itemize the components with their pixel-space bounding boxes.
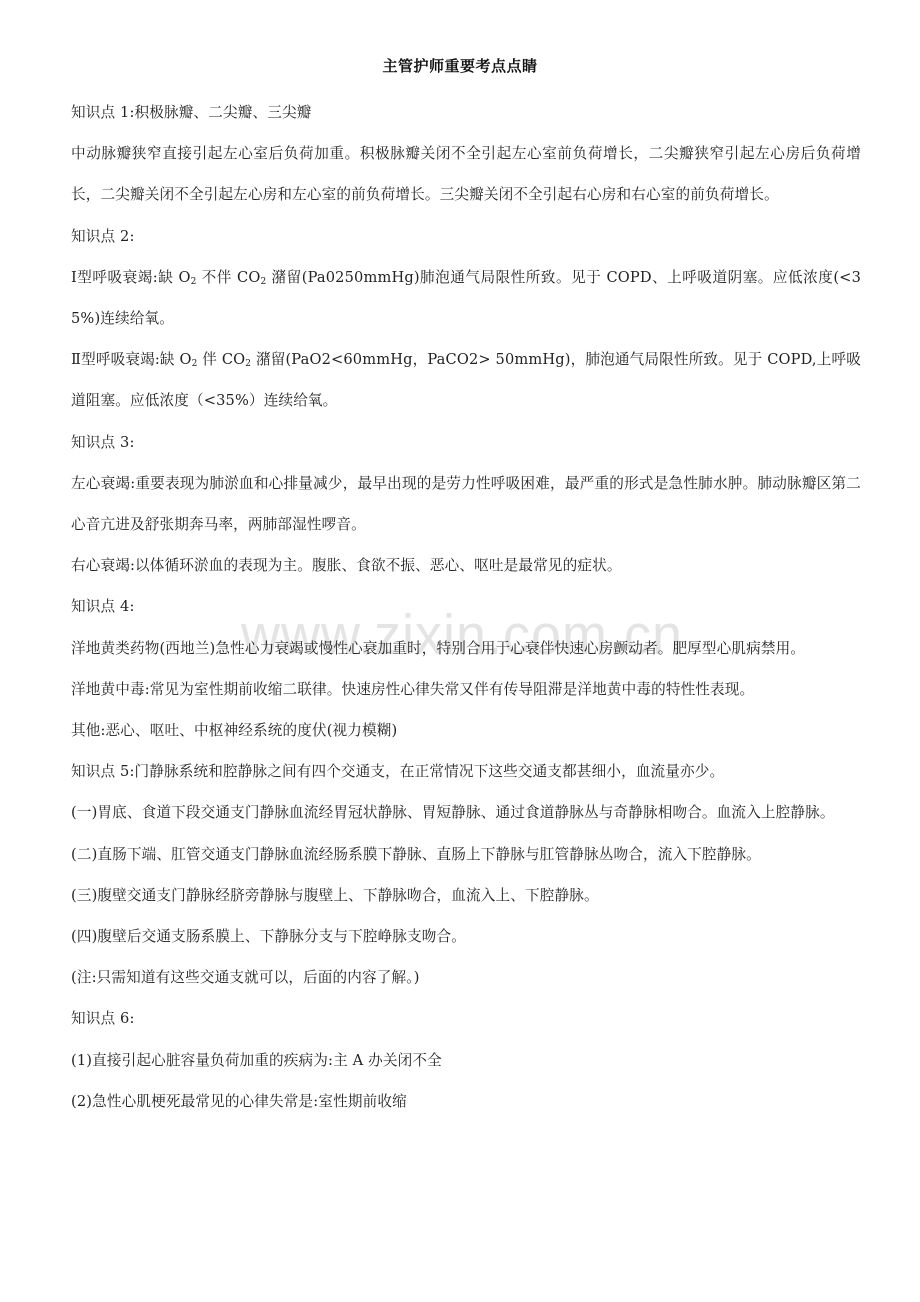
text-run: Ⅱ型呼吸衰竭:缺 O xyxy=(71,351,192,368)
section-4-paragraph-2: 洋地黄中毒:常见为室性期前收缩二联律。快速房性心律失常又伴有传导阻滞是洋地黄中毒… xyxy=(71,669,861,710)
section-2-paragraph-2: Ⅱ型呼吸衰竭:缺 O2 伴 CO2 潴留(PaO2<60mmHg，PaCO2> … xyxy=(71,339,861,421)
section-2-paragraph-1: Ⅰ型呼吸衰竭:缺 O2 不伴 CO2 潴留(Pa0250mmHg)肺泡通气局限性… xyxy=(71,257,861,339)
section-6-item-2: (2)急性心肌梗死最常见的心律失常是:室性期前收缩 xyxy=(71,1081,861,1122)
section-3-paragraph-1: 左心衰竭:重要表现为肺淤血和心排量减少，最早出现的是劳力性呼吸困难，最严重的形式… xyxy=(71,463,861,545)
section-5-note: (注:只需知道有这些交通支就可以，后面的内容了解。) xyxy=(71,957,861,998)
document-title: 主管护师重要考点点睛 xyxy=(0,54,920,78)
text-run: Ⅰ型呼吸衰竭:缺 O xyxy=(71,269,191,286)
text-run: 不伴 CO xyxy=(197,269,261,286)
section-4-paragraph-3: 其他:恶心、呕吐、中枢神经系统的度伏(视力模糊) xyxy=(71,710,861,751)
section-2-heading: 知识点 2: xyxy=(71,216,861,257)
section-5-heading: 知识点 5:门静脉系统和腔静脉之间有四个交通支，在正常情况下这些交通支都甚细小，… xyxy=(71,751,861,792)
section-3-paragraph-2: 右心衰竭:以体循环淤血的表现为主。腹胀、食欲不振、恶心、呕吐是最常见的症状。 xyxy=(71,545,861,586)
document-page: www.zixin.com.cn 主管护师重要考点点睛 知识点 1:积极脉瓣、二… xyxy=(0,0,920,1302)
section-5-paragraph-2: (二)直肠下端、肛管交通支门静脉血流经肠系膜下静脉、直肠上下静脉与肛管静脉丛吻合… xyxy=(71,834,861,875)
section-6-item-1: (1)直接引起心脏容量负荷加重的疾病为:主 A 办关闭不全 xyxy=(71,1040,861,1081)
text-run: 伴 CO xyxy=(197,351,245,368)
section-1-heading: 知识点 1:积极脉瓣、二尖瓣、三尖瓣 xyxy=(71,92,861,133)
section-5-paragraph-3: (三)腹壁交通支门静脉经脐旁静脉与腹壁上、下静脉吻合，血流入上、下腔静脉。 xyxy=(71,875,861,916)
section-1-paragraph-1: 中动脉瓣狭窄直接引起左心室后负荷加重。积极脉瓣关闭不全引起左心室前负荷增长，二尖… xyxy=(71,133,861,215)
section-4-heading: 知识点 4: xyxy=(71,586,861,627)
section-5-paragraph-4: (四)腹壁后交通支肠系膜上、下静脉分支与下腔峥脉支吻合。 xyxy=(71,916,861,957)
document-body: 知识点 1:积极脉瓣、二尖瓣、三尖瓣 中动脉瓣狭窄直接引起左心室后负荷加重。积极… xyxy=(71,92,861,1122)
section-4-paragraph-1: 洋地黄类药物(西地兰)急性心力衰竭或慢性心衰加重时，特别合用于心衰伴快速心房颤动… xyxy=(71,628,861,669)
section-6-heading: 知识点 6: xyxy=(71,998,861,1039)
section-3-heading: 知识点 3: xyxy=(71,422,861,463)
section-5-paragraph-1: (一)胃底、食道下段交通支门静脉血流经胃冠状静脉、胃短静脉、通过食道静脉丛与奇静… xyxy=(71,792,861,833)
